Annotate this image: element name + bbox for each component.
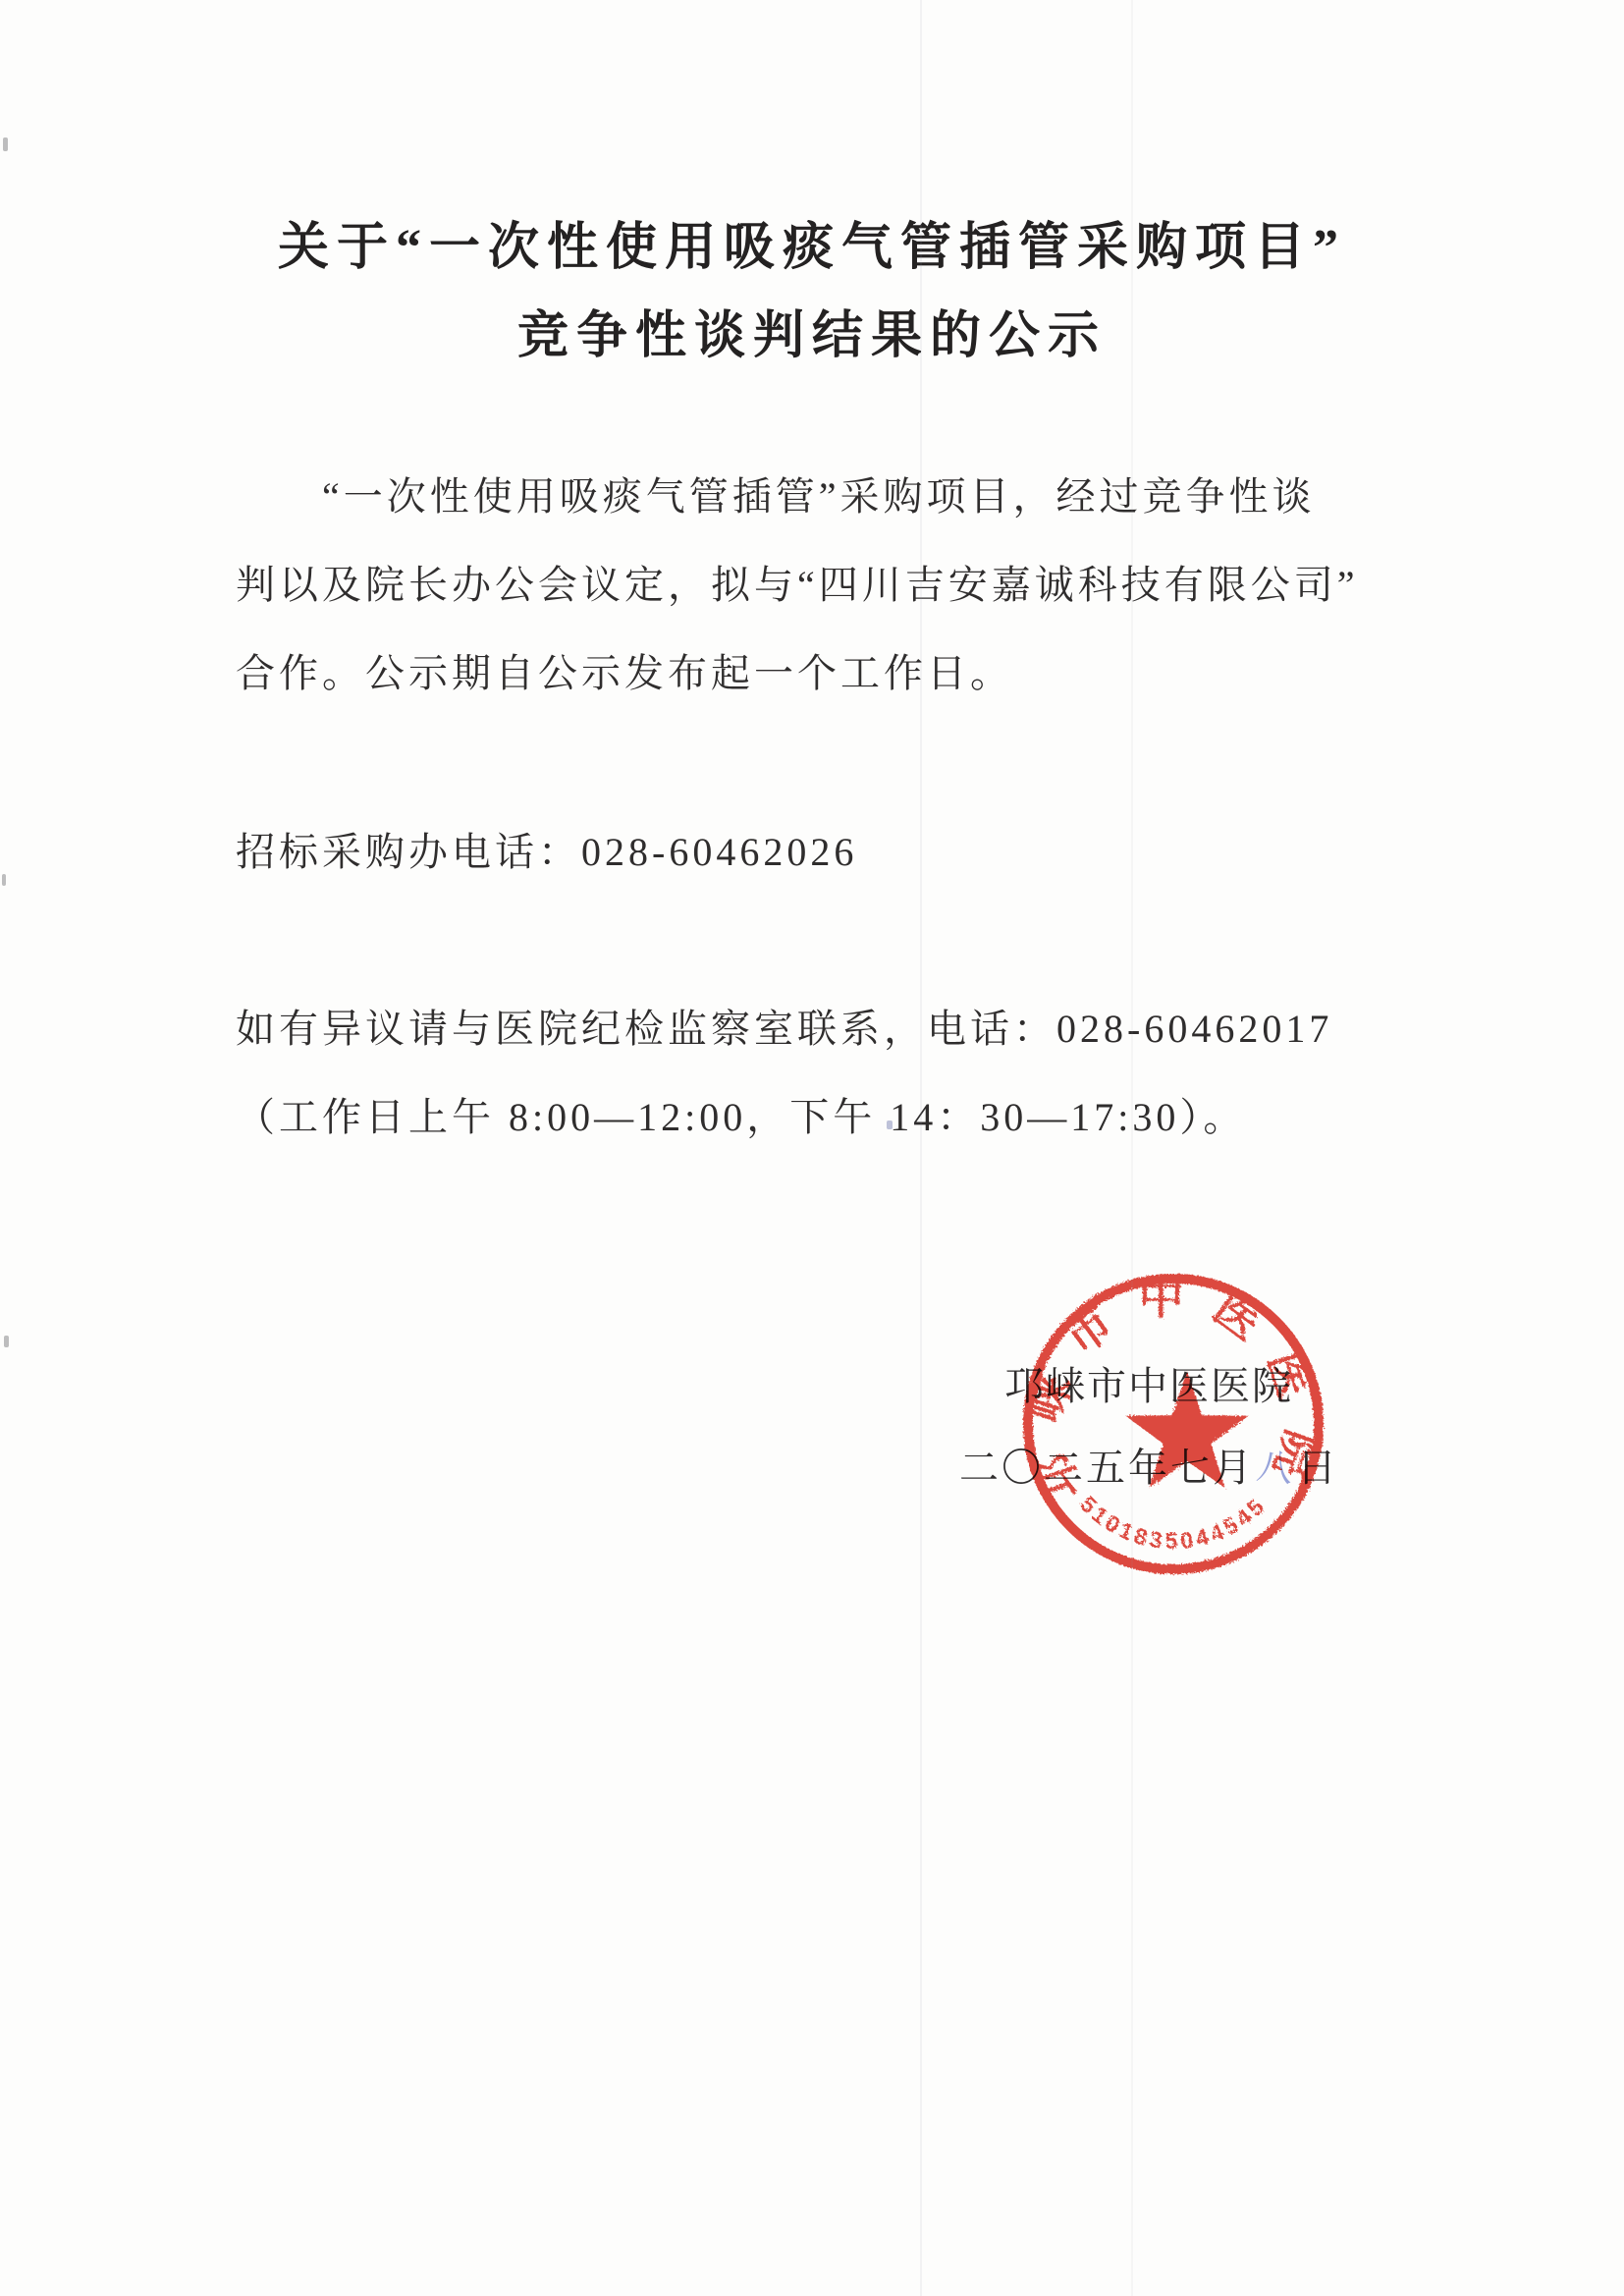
scan-artifact <box>4 1336 9 1347</box>
seal-star-icon <box>1125 1371 1249 1488</box>
paragraph-line: 合作。公示期自公示发布起一个工作日。 <box>236 629 1359 718</box>
tender-office-phone-line: 招标采购办电话：028-60462026 <box>236 808 857 897</box>
title-line-2: 竞争性谈判结果的公示 <box>0 293 1624 381</box>
objection-contact-paragraph: 如有异议请与医院纪检监察室联系，电话：028-60462017 （工作日上午 8… <box>236 985 1332 1162</box>
seal-serial-number: 5101835044545 <box>1075 1491 1272 1554</box>
title-line-1: 关于“一次性使用吸痰气管插管采购项目” <box>0 204 1624 293</box>
paragraph-line: （工作日上午 8:00—12:00，下午 14：30—17:30）。 <box>236 1073 1332 1162</box>
document-title: 关于“一次性使用吸痰气管插管采购项目” 竞争性谈判结果的公示 <box>0 204 1624 381</box>
scan-artifact <box>887 1121 893 1129</box>
paragraph-line: “一次性使用吸痰气管插管”采购项目，经过竞争性谈 <box>236 453 1359 541</box>
document-page: 关于“一次性使用吸痰气管插管采购项目” 竞争性谈判结果的公示 “一次性使用吸痰气… <box>0 0 1624 2296</box>
scan-artifact <box>3 137 8 151</box>
scan-streak <box>1131 0 1133 2296</box>
seal-arc-text: 邛崃市中医医院 <box>1019 1274 1326 1506</box>
paragraph-line: 判以及院长办公会议定，拟与“四川吉安嘉诚科技有限公司” <box>236 541 1359 629</box>
scan-streak <box>920 0 922 2296</box>
scan-artifact <box>2 874 6 886</box>
paragraph-line: 如有异议请与医院纪检监察室联系，电话：028-60462017 <box>236 985 1332 1073</box>
body-paragraph-1: “一次性使用吸痰气管插管”采购项目，经过竞争性谈 判以及院长办公会议定，拟与“四… <box>236 453 1359 718</box>
official-seal: 邛崃市中医医院 5101835044545 <box>1006 1257 1340 1591</box>
